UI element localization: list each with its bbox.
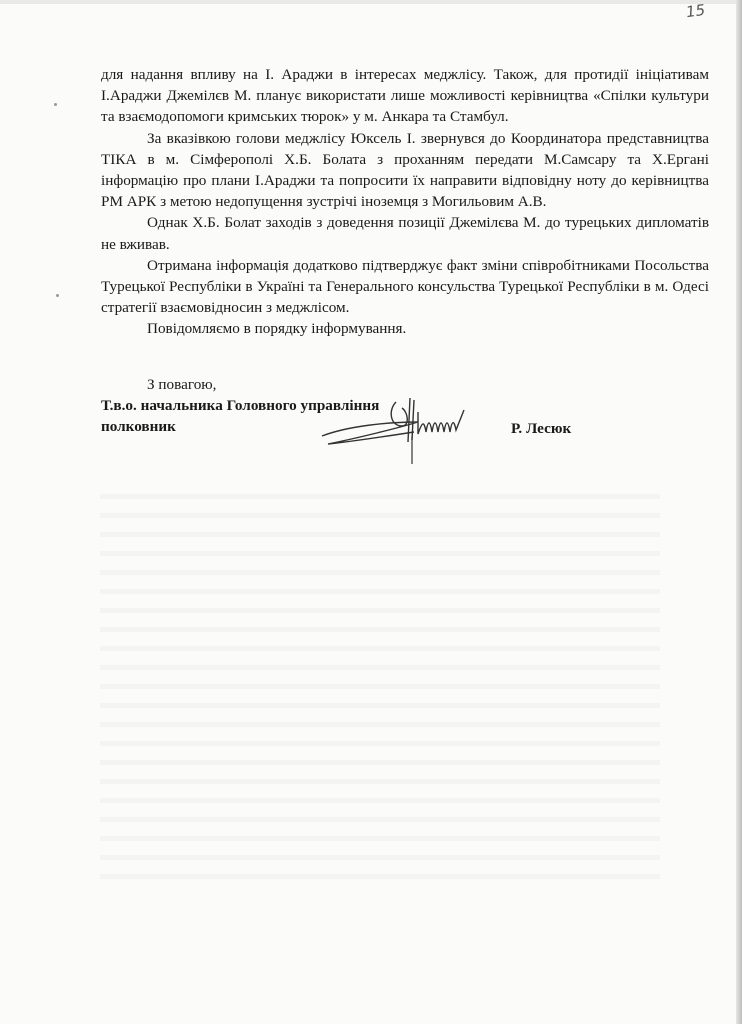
handwritten-signature-icon [318,392,498,472]
scan-edge-top [0,0,742,4]
paragraph: Однак Х.Б. Болат заходів з доведення поз… [101,212,709,254]
document-page: 15 для надання впливу на І. Араджи в інт… [0,0,742,1024]
paragraph: для надання впливу на І. Араджи в інтере… [101,64,709,128]
letter-body: для надання впливу на І. Араджи в інтере… [101,64,709,340]
signer-name: Р. Лесюк [511,420,571,438]
paragraph: За вказівкою голови меджлісу Юксель І. з… [101,128,709,213]
bleed-through-text [100,480,660,880]
scan-edge-right [736,0,742,1024]
paragraph: Отримана інформація додатково підтверджу… [101,255,709,319]
scan-speck [54,103,57,106]
handwritten-page-number: 15 [685,1,706,21]
scan-speck [56,294,59,297]
paragraph: Повідомляємо в порядку інформування. [101,318,709,339]
